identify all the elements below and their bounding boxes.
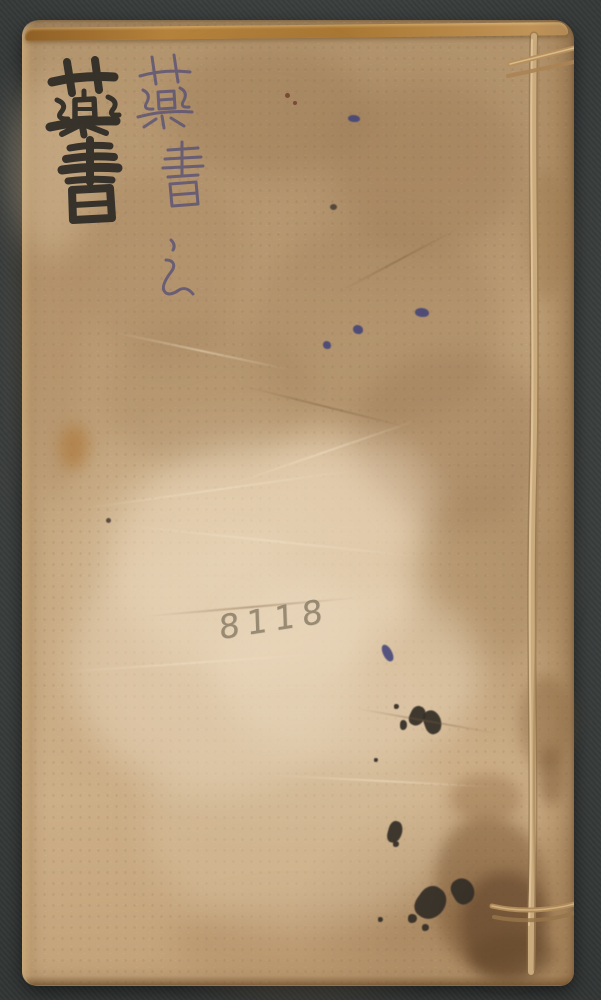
photo-backdrop: 8118	[0, 0, 601, 1000]
binding-thread	[492, 36, 574, 972]
cover-artwork	[22, 20, 574, 986]
book-cover: 8118	[22, 20, 574, 986]
secondary-inscription-blue	[138, 55, 203, 294]
title-calligraphy-black	[50, 60, 119, 220]
